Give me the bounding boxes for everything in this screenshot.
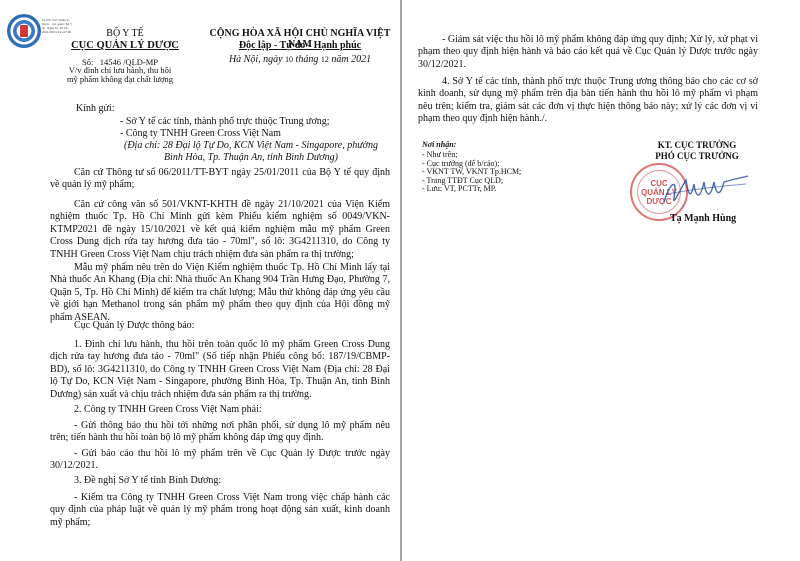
paragraph-text: Cục Quản lý Dược thông báo: xyxy=(74,320,194,331)
document-page-1: Ký bởi: Cục Quản lý Dược · Cơ quan: Bộ Y… xyxy=(0,0,400,561)
paragraph-text: 3. Đề nghị Sở Y tế tỉnh Bình Dương: xyxy=(74,475,221,486)
signature-title-line: KT. CỤC TRƯỞNG xyxy=(627,140,767,151)
handwritten-signature-icon xyxy=(660,172,750,212)
body-paragraph: Căn cứ Thông tư số 06/2011/TT-BYT ngày 2… xyxy=(50,167,390,192)
body-paragraph: Mẫu mỹ phẩm nêu trên do Viện Kiểm nghiệm… xyxy=(50,262,390,324)
recipient-item: - Công ty TNHH Green Cross Việt Nam xyxy=(120,128,281,139)
paragraph-text: Căn cứ Thông tư số 06/2011/TT-BYT ngày 2… xyxy=(50,167,390,190)
date-year: 2021 xyxy=(351,54,371,65)
ministry-name: BỘ Y TẾ xyxy=(55,28,195,40)
paragraph-text: - Giám sát việc thu hồi lô mỹ phẩm không… xyxy=(418,34,758,70)
paragraph-text: Mẫu mỹ phẩm nêu trên do Viện Kiểm nghiệm… xyxy=(50,262,390,323)
issue-date: Hà Nội, ngày 10 tháng 12 năm 2021 xyxy=(200,54,400,65)
body-paragraph: 4. Sở Y tế các tỉnh, thành phố trực thuộ… xyxy=(418,76,758,126)
body-paragraph: - Gửi báo cáo thu hồi lô mỹ phẩm trên về… xyxy=(50,448,390,473)
paragraph-text: 1. Đình chỉ lưu hành, thu hồi trên toàn … xyxy=(50,339,390,400)
body-paragraph: - Kiểm tra Công ty TNHH Green Cross Việt… xyxy=(50,492,390,529)
body-paragraph: Cục Quản lý Dược thông báo: xyxy=(50,320,390,332)
document-page-2: - Giám sát việc thu hồi lô mỹ phẩm không… xyxy=(402,0,800,561)
receiver-item: - Lưu: VT, PCTTr, MP. xyxy=(422,185,521,194)
paragraph-text: - Gửi báo cáo thu hồi lô mỹ phẩm trên về… xyxy=(50,448,390,471)
document-subject: V/v đình chỉ lưu hành, thu hồi mỹ phẩm k… xyxy=(40,66,200,84)
paragraph-text: 4. Sở Y tế các tỉnh, thành phố trực thuộ… xyxy=(418,76,758,124)
body-paragraph: Căn cứ công văn số 501/VKNT-KHTH đề ngày… xyxy=(50,199,390,261)
paragraph-text: 2. Công ty TNHH Green Cross Việt Nam phả… xyxy=(74,404,262,415)
signer-name: Tạ Mạnh Hùng xyxy=(670,213,736,224)
ministry-emblem-icon xyxy=(7,14,41,48)
recipients-label: Kính gửi: xyxy=(76,103,114,114)
paragraph-text: - Kiểm tra Công ty TNHH Green Cross Việt… xyxy=(50,492,390,528)
body-paragraph: 1. Đình chỉ lưu hành, thu hồi trên toàn … xyxy=(50,339,390,401)
paragraph-text: Căn cứ công văn số 501/VKNT-KHTH đề ngày… xyxy=(50,199,390,260)
recipient-item: - Sở Y tế các tỉnh, thành phố trực thuộc… xyxy=(120,116,330,127)
body-paragraph: - Gửi thông báo thu hồi tới những nơi ph… xyxy=(50,420,390,445)
date-month: 12 xyxy=(321,55,329,64)
date-prefix: Hà Nội, ngày xyxy=(229,54,283,65)
date-day: 10 xyxy=(285,55,293,64)
agency-name-text: CỤC QUẢN LÝ DƯỢC xyxy=(71,40,179,51)
subject-line: mỹ phẩm không đạt chất lượng xyxy=(40,75,200,84)
date-month-label: tháng xyxy=(296,54,319,65)
body-paragraph: - Giám sát việc thu hồi lô mỹ phẩm không… xyxy=(418,34,758,71)
paragraph-text: - Gửi thông báo thu hồi tới những nơi ph… xyxy=(50,420,390,443)
signature-title: KT. CỤC TRƯỞNG PHÓ CỤC TRƯỞNG xyxy=(627,140,767,161)
national-motto: Độc lập - Tự do - Hạnh phúc xyxy=(200,40,400,51)
body-paragraph: 2. Công ty TNHH Green Cross Việt Nam phả… xyxy=(50,404,390,416)
receivers-title: Nơi nhận: xyxy=(422,140,456,149)
motto-text: Độc lập - Tự do - Hạnh phúc xyxy=(239,40,361,51)
agency-name: CỤC QUẢN LÝ DƯỢC xyxy=(55,40,195,51)
signature-title-line: PHÓ CỤC TRƯỞNG xyxy=(627,151,767,162)
body-paragraph: 3. Đề nghị Sở Y tế tỉnh Bình Dương: xyxy=(50,475,390,487)
recipient-address: (Địa chỉ: 28 Đại lộ Tự Do, KCN Việt Nam … xyxy=(116,140,386,164)
receivers-list: - Như trên; - Cục trưởng (để b/cáo); - V… xyxy=(422,151,521,194)
date-year-label: năm xyxy=(331,54,348,65)
